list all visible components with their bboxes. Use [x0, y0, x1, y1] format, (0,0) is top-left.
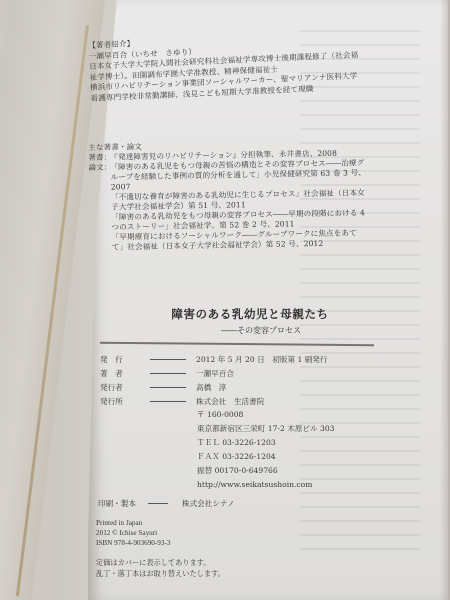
- colophon-row-publisher-person: 発行者 高橋 淳: [100, 380, 400, 394]
- colophon-details: 発 行 2012 年 5 月 20 日 初版第 1 刷発行 著 者 一瀬早百合 …: [100, 352, 400, 492]
- phone: ＴＥＬ 03-3226-1203: [100, 436, 400, 450]
- colophon-label: 発行者: [100, 382, 150, 393]
- paper-label: 論文：: [88, 162, 110, 173]
- colophon-label: 発行所: [100, 396, 150, 407]
- dash-line: [150, 373, 186, 374]
- colophon-row-author: 著 者 一瀬早百合: [100, 366, 400, 380]
- colophon-label: 発 行: [100, 354, 150, 365]
- fax: ＦＡＸ 03-3226-1204: [100, 450, 400, 464]
- colophon-value: 2012 年 5 月 20 日 初版第 1 刷発行: [196, 354, 327, 365]
- book-subtitle: ――その変容プロセス: [80, 325, 420, 336]
- dash-line: [150, 401, 186, 402]
- postal-code: 〒 160-0008: [100, 408, 400, 422]
- colophon-value: 高橋 淳: [196, 382, 226, 393]
- colophon-row-publisher: 発行所 株式会社 生活書院: [100, 394, 400, 408]
- copyright: 2012 © Ichise Sayuri: [96, 528, 170, 538]
- colophon-value: 一瀬早百合: [196, 368, 234, 379]
- printing-row: 印刷・製本 株式会社シナノ: [98, 498, 235, 509]
- dash-line: [148, 503, 168, 504]
- replacement-notice: 乱丁・落丁本はお取り替えいたします。: [96, 568, 225, 579]
- dash-line: [150, 387, 186, 388]
- imprint-block: Printed in Japan 2012 © Ichise Sayuri IS…: [96, 518, 170, 548]
- dash-line: [150, 359, 186, 360]
- works-list: 主な著書・論文 著書：『発達障害児のリハビリテーション』分担執筆、永井書店、20…: [88, 137, 367, 252]
- address: 東京都新宿区三栄町 17-2 木原ビル 303: [100, 422, 400, 436]
- printing-label: 印刷・製本: [98, 498, 148, 509]
- printed-in: Printed in Japan: [96, 518, 170, 528]
- colophon-row-published: 発 行 2012 年 5 月 20 日 初版第 1 刷発行: [100, 352, 400, 366]
- book-title: 障害のある乳幼児と母親たち: [80, 306, 420, 322]
- colophon-label: 著 者: [100, 368, 150, 379]
- printing-value: 株式会社シナノ: [182, 498, 235, 509]
- colophon-value: 株式会社 生活書院: [196, 396, 264, 407]
- isbn: ISBN 978-4-903690-93-3: [96, 538, 170, 548]
- page-right-shadow: [440, 0, 450, 600]
- postal-transfer: 振替 00170-0-649766: [100, 464, 400, 478]
- author-profile: 【著者紹介】 一瀬早百合（いちせ さゆり） 日本女子大学大学院人間社会研究科社会…: [88, 28, 360, 103]
- website: http://www.seikatsushoin.com: [100, 478, 400, 492]
- photo-scene: 【著者紹介】 一瀬早百合（いちせ さゆり） 日本女子大学大学院人間社会研究科社会…: [0, 0, 450, 600]
- price-notice: 定価はカバーに表示してあります。: [96, 557, 225, 568]
- book-title-block: 障害のある乳幼児と母親たち ――その変容プロセス: [80, 306, 420, 336]
- notice-block: 定価はカバーに表示してあります。 乱丁・落丁本はお取り替えいたします。: [96, 557, 225, 579]
